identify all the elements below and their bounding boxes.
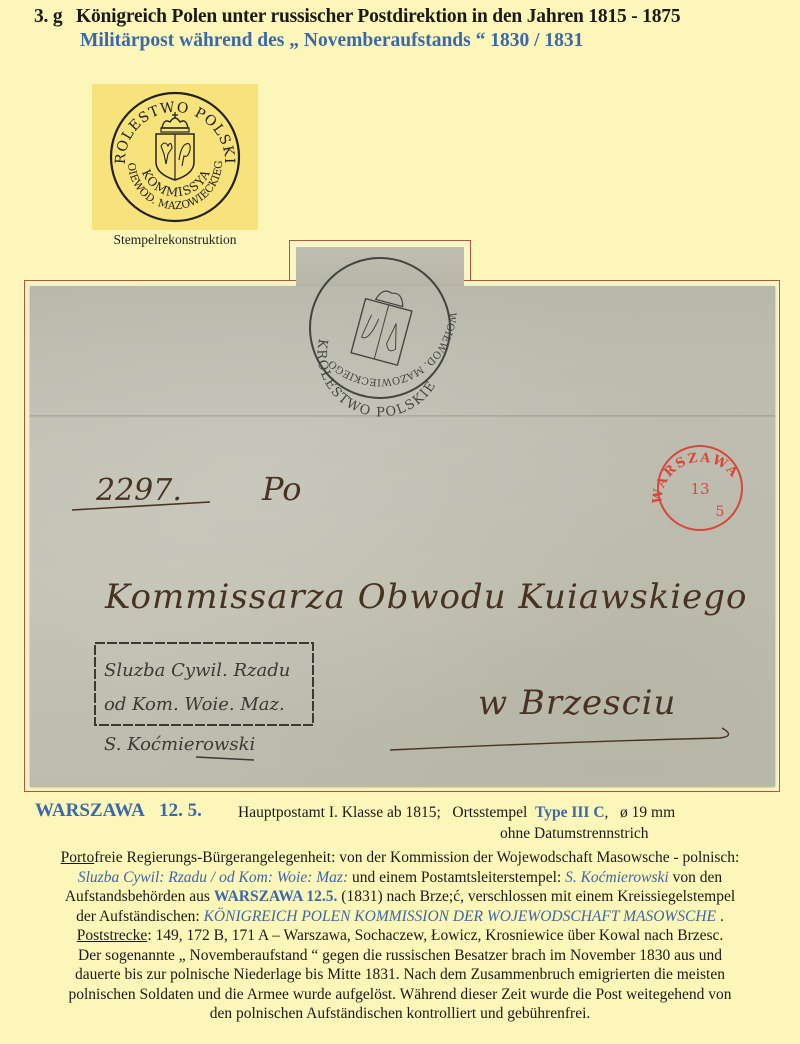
place-name: WARSZAWA	[35, 800, 145, 821]
letter-flap	[296, 247, 464, 287]
page-title: 3. gKönigreich Polen unter russischer Po…	[34, 6, 680, 28]
stamp-type: Type III C	[535, 804, 604, 821]
svg-text:KROLESTWO POLSKIE: KROLESTWO POLSKIE	[92, 84, 237, 165]
page-subtitle: Militärpost während des „ Novemberaufsta…	[80, 30, 583, 52]
postmark-date: 12. 5.	[159, 800, 202, 821]
letter-cover	[30, 286, 775, 786]
postmark-note: ohne Datumstrennstrich	[500, 824, 800, 843]
section-number: 3. g	[34, 6, 76, 28]
reconstruction-caption: Stempelrekonstruktion	[92, 232, 258, 248]
description-paragraph-1: Portofreie Regierungs-Bürgerangelegenhei…	[10, 848, 790, 1024]
fold-line	[30, 415, 775, 419]
seal-reconstruction-icon: KROLESTWO POLSKIE WOIEWOD. MAZOWIECKIEGO…	[92, 84, 258, 230]
stamp-diameter: ø 19 mm	[620, 804, 675, 821]
route-text: : 149, 172 B, 171 A – Warszawa, Sochacze…	[147, 927, 723, 944]
route-label: Poststrecke	[77, 927, 148, 944]
title-text: Königreich Polen unter russischer Postdi…	[76, 6, 680, 27]
stamp-reconstruction: KROLESTWO POLSKIE WOIEWOD. MAZOWIECKIEGO…	[92, 84, 258, 230]
